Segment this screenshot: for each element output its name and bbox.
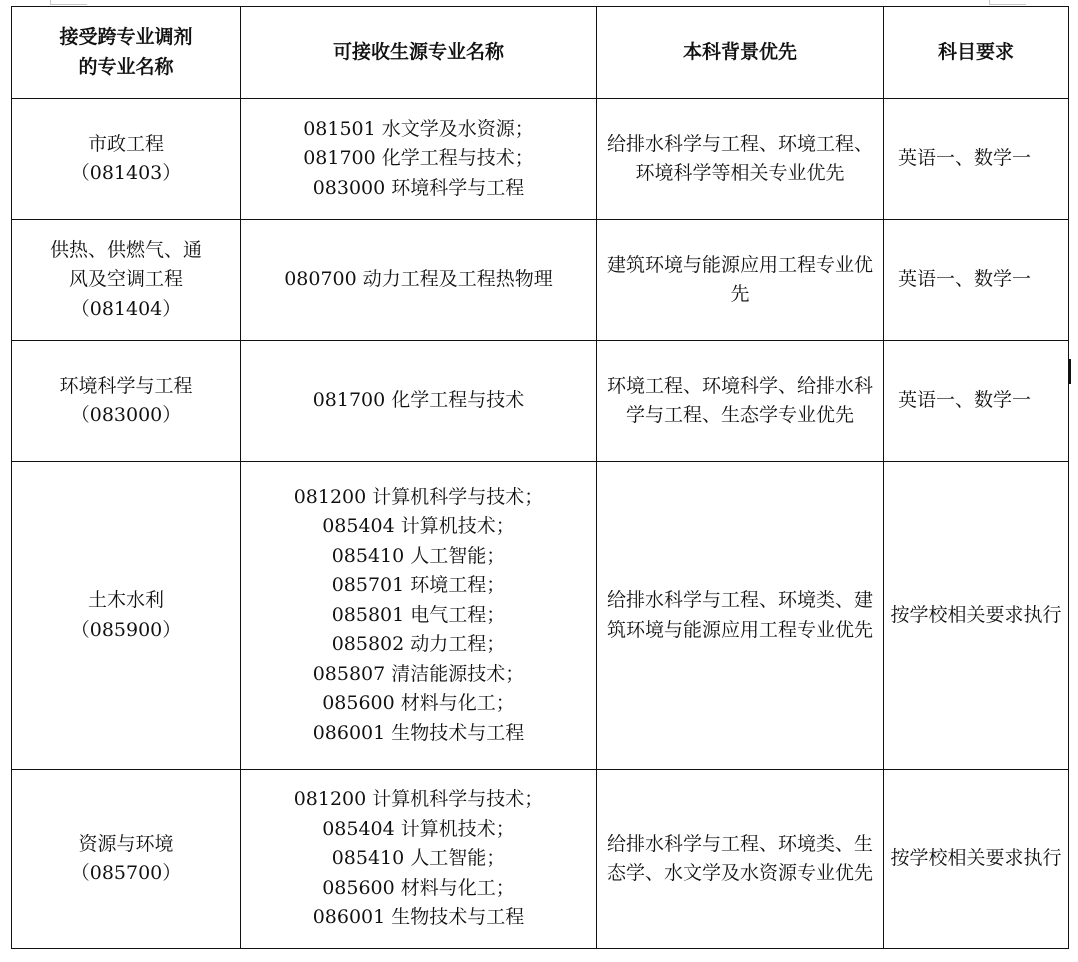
major-code: （085900） xyxy=(18,616,234,646)
source-major-item: 081501 水文学及水资源； xyxy=(247,115,590,145)
major-code: （081404） xyxy=(18,295,234,325)
header-subject-requirements: 科目要求 xyxy=(884,7,1069,99)
preference-cell: 给排水科学与工程、环境类、建筑环境与能源应用工程专业优先 xyxy=(597,462,884,770)
header-line: 本科背景优先 xyxy=(603,38,877,68)
subject-cell: 按学校相关要求执行 xyxy=(884,770,1069,949)
table-row: 环境科学与工程 （083000） 081700 化学工程与技术 环境工程、环境科… xyxy=(12,341,1069,462)
major-cell: 土木水利 （085900） xyxy=(12,462,241,770)
table-header-row: 接受跨专业调剂 的专业名称 可接收生源专业名称 本科背景优先 科目要求 xyxy=(12,7,1069,99)
header-line: 科目要求 xyxy=(890,38,1062,68)
source-major-item: 080700 动力工程及工程热物理 xyxy=(247,265,590,295)
source-major-item: 086001 生物技术与工程 xyxy=(247,903,590,933)
source-major-item: 085404 计算机技术； xyxy=(247,512,590,542)
subject-cell: 英语一、数学一 xyxy=(884,99,1069,220)
source-major-item: 086001 生物技术与工程 xyxy=(247,719,590,749)
source-major-item: 085801 电气工程； xyxy=(247,601,590,631)
source-major-item: 085404 计算机技术； xyxy=(247,815,590,845)
table-row: 市政工程 （081403） 081501 水文学及水资源； 081700 化学工… xyxy=(12,99,1069,220)
header-line: 接受跨专业调剂 xyxy=(18,23,234,53)
source-major-item: 081700 化学工程与技术 xyxy=(247,386,590,416)
source-major-item: 085807 清洁能源技术； xyxy=(247,660,590,690)
header-line: 的专业名称 xyxy=(18,53,234,83)
preference-cell: 环境工程、环境科学、给排水科学与工程、生态学专业优先 xyxy=(597,341,884,462)
major-name: 土木水利 xyxy=(18,586,234,616)
major-cell: 市政工程 （081403） xyxy=(12,99,241,220)
subject-cell: 按学校相关要求执行 xyxy=(884,462,1069,770)
source-major-item: 083000 环境科学与工程 xyxy=(247,174,590,204)
text-cursor xyxy=(1069,359,1071,384)
source-major-item: 085600 材料与化工； xyxy=(247,874,590,904)
major-cell: 环境科学与工程 （083000） xyxy=(12,341,241,462)
major-name: 资源与环境 xyxy=(18,830,234,860)
source-majors-cell: 081200 计算机科学与技术； 085404 计算机技术； 085410 人工… xyxy=(241,770,597,949)
major-code: （083000） xyxy=(18,401,234,431)
table-row: 土木水利 （085900） 081200 计算机科学与技术； 085404 计算… xyxy=(12,462,1069,770)
source-major-item: 081200 计算机科学与技术； xyxy=(247,785,590,815)
header-preferred-background: 本科背景优先 xyxy=(597,7,884,99)
source-major-item: 085701 环境工程； xyxy=(247,571,590,601)
source-majors-cell: 081700 化学工程与技术 xyxy=(241,341,597,462)
major-cell: 供热、供燃气、通 风及空调工程 （081404） xyxy=(12,220,241,341)
major-code: （081403） xyxy=(18,159,234,189)
page-corner-mark-top-left xyxy=(50,0,87,5)
major-name: 市政工程 xyxy=(18,130,234,160)
major-name: 供热、供燃气、通 xyxy=(18,236,234,266)
preference-cell: 给排水科学与工程、环境类、生态学、水文学及水资源专业优先 xyxy=(597,770,884,949)
source-major-item: 085410 人工智能； xyxy=(247,542,590,572)
header-accepting-major: 接受跨专业调剂 的专业名称 xyxy=(12,7,241,99)
cross-major-adjustment-table: 接受跨专业调剂 的专业名称 可接收生源专业名称 本科背景优先 科目要求 市政工程… xyxy=(11,6,1069,949)
page-corner-mark-top-right xyxy=(989,0,1026,5)
preference-cell: 给排水科学与工程、环境工程、环境科学等相关专业优先 xyxy=(597,99,884,220)
major-cell: 资源与环境 （085700） xyxy=(12,770,241,949)
source-major-item: 085600 材料与化工； xyxy=(247,689,590,719)
subject-cell: 英语一、数学一 xyxy=(884,220,1069,341)
table-row: 资源与环境 （085700） 081200 计算机科学与技术； 085404 计… xyxy=(12,770,1069,949)
major-code: （085700） xyxy=(18,859,234,889)
source-majors-cell: 081200 计算机科学与技术； 085404 计算机技术； 085410 人工… xyxy=(241,462,597,770)
major-name: 风及空调工程 xyxy=(18,265,234,295)
header-line: 可接收生源专业名称 xyxy=(247,38,590,68)
source-majors-cell: 081501 水文学及水资源； 081700 化学工程与技术； 083000 环… xyxy=(241,99,597,220)
preference-cell: 建筑环境与能源应用工程专业优先 xyxy=(597,220,884,341)
header-source-majors: 可接收生源专业名称 xyxy=(241,7,597,99)
source-majors-cell: 080700 动力工程及工程热物理 xyxy=(241,220,597,341)
table-row: 供热、供燃气、通 风及空调工程 （081404） 080700 动力工程及工程热… xyxy=(12,220,1069,341)
major-name: 环境科学与工程 xyxy=(18,372,234,402)
source-major-item: 081200 计算机科学与技术； xyxy=(247,483,590,513)
source-major-item: 081700 化学工程与技术； xyxy=(247,144,590,174)
source-major-item: 085802 动力工程； xyxy=(247,630,590,660)
subject-cell: 英语一、数学一 xyxy=(884,341,1069,462)
source-major-item: 085410 人工智能； xyxy=(247,844,590,874)
